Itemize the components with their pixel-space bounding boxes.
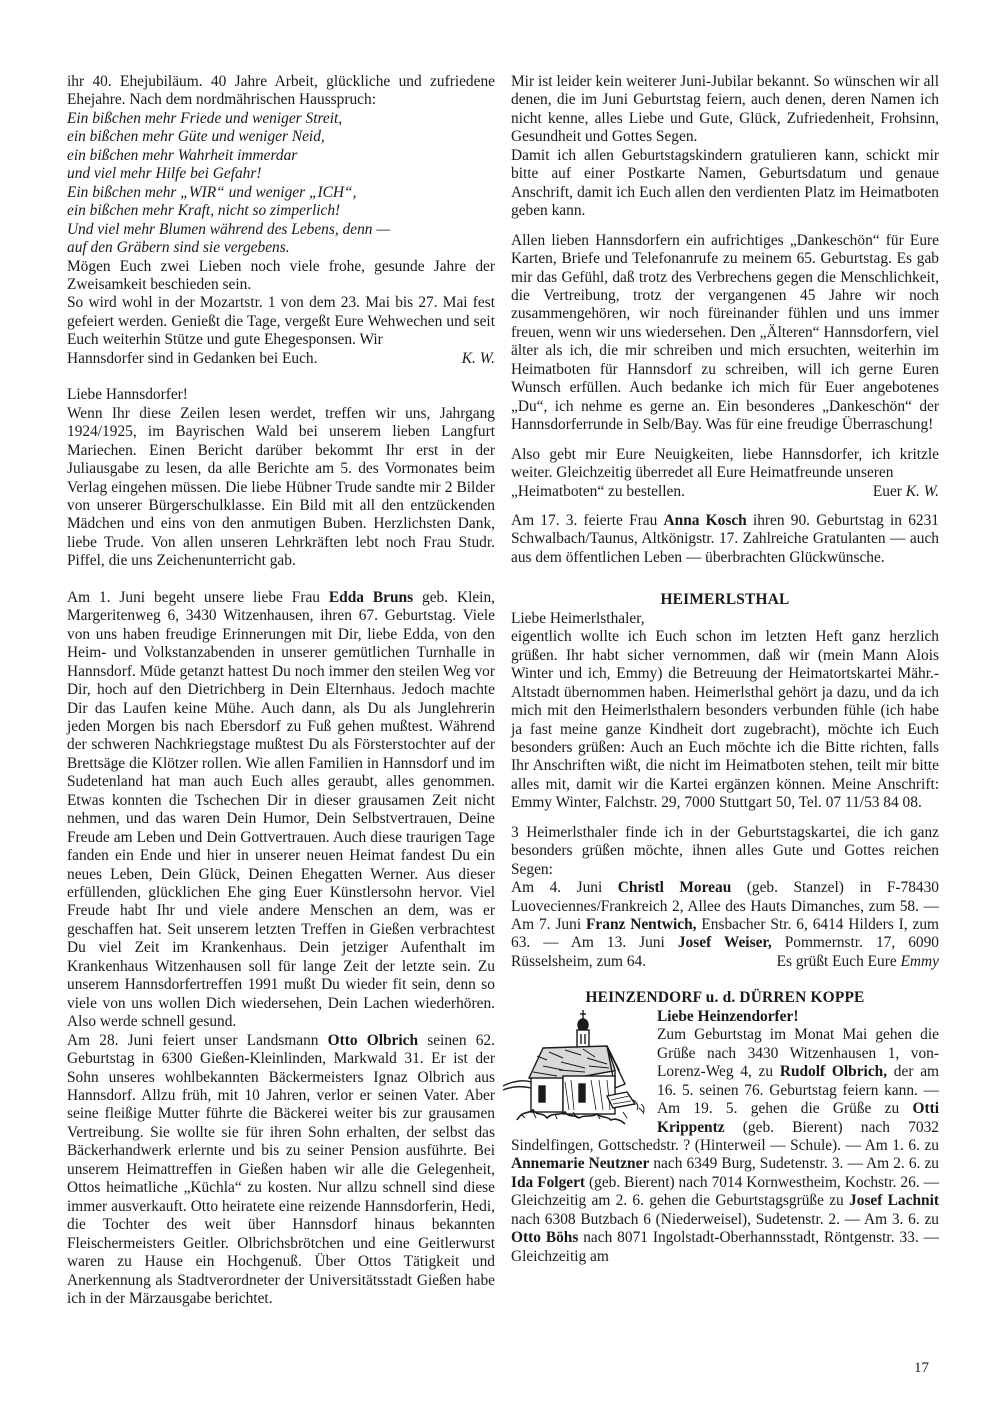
june-wishes-paragraph: Mir ist leider kein weiterer Juni-Jubila… <box>511 73 939 147</box>
greeting-heimerlsthaler: Liebe Heimerlsthaler, <box>511 610 939 628</box>
thank-you-paragraph: Allen lieben Hannsdorfern ein aufrichtig… <box>511 232 939 435</box>
signature: Euer K. W. <box>873 483 939 501</box>
poem-line: und viel mehr Hilfe bei Gefahr! <box>67 165 495 183</box>
poem-line: auf den Gräbern sind sie vergebens. <box>67 239 495 257</box>
person-name: Christl Moreau <box>618 879 732 896</box>
person-name: Josef Lachnit <box>849 1192 939 1209</box>
person-name: Josef Weiser, <box>678 934 772 951</box>
chapel-illustration-icon <box>503 1008 651 1126</box>
edda-bruns-paragraph: Am 1. Juni begeht unsere liebe Frau Edda… <box>67 589 495 1032</box>
anna-kosch-paragraph: Am 17. 3. feierte Frau Anna Kosch ihren … <box>511 512 939 567</box>
signature-row: „Heimatboten“ zu bestellen. Euer K. W. <box>511 483 939 501</box>
section-heading-heimerlsthal: HEIMERLSTHAL <box>511 591 939 609</box>
person-name: Otto Böhs <box>511 1229 578 1246</box>
poem-line: Und viel mehr Blumen während des Lebens,… <box>67 221 495 239</box>
signature-initials: K. W. <box>462 350 495 368</box>
person-name: Edda Bruns <box>329 589 413 606</box>
house-saying-poem: Ein bißchen mehr Friede und weniger Stre… <box>67 110 495 258</box>
heinzendorf-block: Liebe Heinzendorfer! Zum Geburtstag im M… <box>511 1008 939 1266</box>
wishes-paragraph: Mögen Euch zwei Lieben noch viele frohe,… <box>67 258 495 295</box>
person-name: Annemarie Neutzner <box>511 1155 649 1172</box>
person-name: Otto Olbrich <box>328 1032 418 1049</box>
section-heading-heinzendorf: HEINZENDORF u. d. DÜRREN KOPPE <box>511 989 939 1007</box>
news-request-paragraph: Also gebt mir Eure Neuigkeiten, liebe Ha… <box>511 446 939 483</box>
poem-line: ein bißchen mehr Kraft, nicht so zimperl… <box>67 202 495 220</box>
closing-line: „Heimatboten“ zu bestellen. <box>511 483 685 501</box>
poem-line: ein bißchen mehr Güte und weniger Neid, <box>67 128 495 146</box>
signature-row: Hannsdorfer sind in Gedanken bei Euch. K… <box>67 350 495 368</box>
page-number: 17 <box>914 1360 929 1377</box>
letter-paragraph: Wenn Ihr diese Zeilen lesen werdet, tref… <box>67 405 495 571</box>
right-column: Mir ist leider kein weiterer Juni-Jubila… <box>511 73 939 1266</box>
person-name: Franz Nentwich, <box>586 916 696 933</box>
postcard-request-paragraph: Damit ich allen Geburtstagskindern gratu… <box>511 147 939 221</box>
person-name: Rudolf Olbrich, <box>780 1063 887 1080</box>
poem-line: ein bißchen mehr Wahrheit immerdar <box>67 147 495 165</box>
intro-paragraph: ihr 40. Ehejubiläum. 40 Jahre Arbeit, gl… <box>67 73 495 110</box>
person-name: Ida Folgert <box>511 1174 585 1191</box>
left-column: ihr 40. Ehejubiläum. 40 Jahre Arbeit, gl… <box>67 73 495 1308</box>
person-name: Anna Kosch <box>664 512 747 529</box>
poem-line: Ein bißchen mehr Friede und weniger Stre… <box>67 110 495 128</box>
otto-olbrich-paragraph: Am 28. Juni feiert unser Landsmann Otto … <box>67 1032 495 1309</box>
birthday-intro: 3 Heimerlsthaler finde ich in der Geburt… <box>511 824 939 879</box>
closing-line: Hannsdorfer sind in Gedanken bei Euch. <box>67 350 317 368</box>
celebration-paragraph: So wird wohl in der Mozartstr. 1 von dem… <box>67 294 495 349</box>
heimerlsthal-letter: eigentlich wollte ich Euch schon im letz… <box>511 628 939 813</box>
poem-line: Ein bißchen mehr „WIR“ und weniger „ICH“… <box>67 184 495 202</box>
greeting-hannsdorfer: Liebe Hannsdorfer! <box>67 386 495 404</box>
